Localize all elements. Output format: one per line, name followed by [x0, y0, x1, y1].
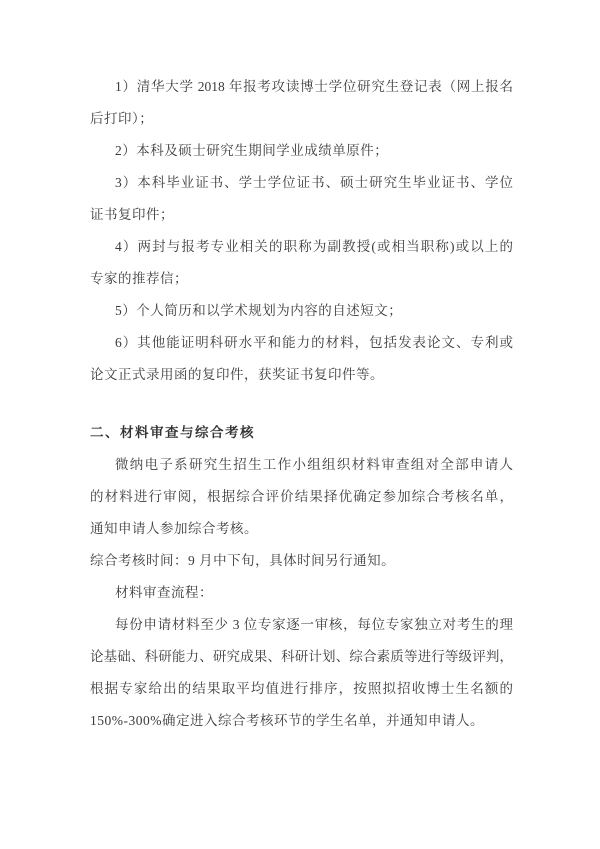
text-line: 通知申请人参加综合考核。 [90, 513, 513, 545]
text-line: 3）本科毕业证书、学士学位证书、硕士研究生毕业证书、学位 [90, 167, 513, 199]
text-line: 2）本科及硕士研究生期间学业成绩单原件； [90, 135, 513, 167]
document-text: 1）清华大学 2018 年报考攻读博士学位研究生登记表（网上报名后打印）；2）本… [90, 71, 513, 737]
text-line: 4）两封与报考专业相关的职称为副教授(或相当职称)或以上的 [90, 231, 513, 263]
text-line: 的材料进行审阅，根据综合评价结果择优确定参加综合考核名单， [90, 481, 513, 513]
text-line: 微纳电子系研究生招生工作小组组织材料审查组对全部申请人 [90, 449, 513, 481]
text-line: 1）清华大学 2018 年报考攻读博士学位研究生登记表（网上报名 [90, 71, 513, 103]
text-line: 150%-300%确定进入综合考核环节的学生名单，并通知申请人。 [90, 705, 513, 737]
text-line: 每份申请材料至少 3 位专家逐一审核，每位专家独立对考生的理 [90, 609, 513, 641]
text-line: 证书复印件； [90, 199, 513, 231]
text-line: 后打印）； [90, 103, 513, 135]
text-line: 论基础、科研能力、研究成果、科研计划、综合素质等进行等级评判， [90, 641, 513, 673]
text-line: 专家的推荐信； [90, 263, 513, 295]
text-line: 综合考核时间：9 月中下旬，具体时间另行通知。 [90, 545, 513, 577]
section-heading: 二、材料审查与综合考核 [90, 417, 513, 449]
text-line: 材料审查流程： [90, 577, 513, 609]
text-line: 论文正式录用函的复印件，获奖证书复印件等。 [90, 359, 513, 391]
text-line: 根据专家给出的结果取平均值进行排序，按照拟招收博士生名额的 [90, 673, 513, 705]
text-line: 5）个人简历和以学术规划为内容的自述短文； [90, 295, 513, 327]
document-page: 1）清华大学 2018 年报考攻读博士学位研究生登记表（网上报名后打印）；2）本… [0, 0, 600, 849]
text-line: 6）其他能证明科研水平和能力的材料，包括发表论文、专利或 [90, 327, 513, 359]
